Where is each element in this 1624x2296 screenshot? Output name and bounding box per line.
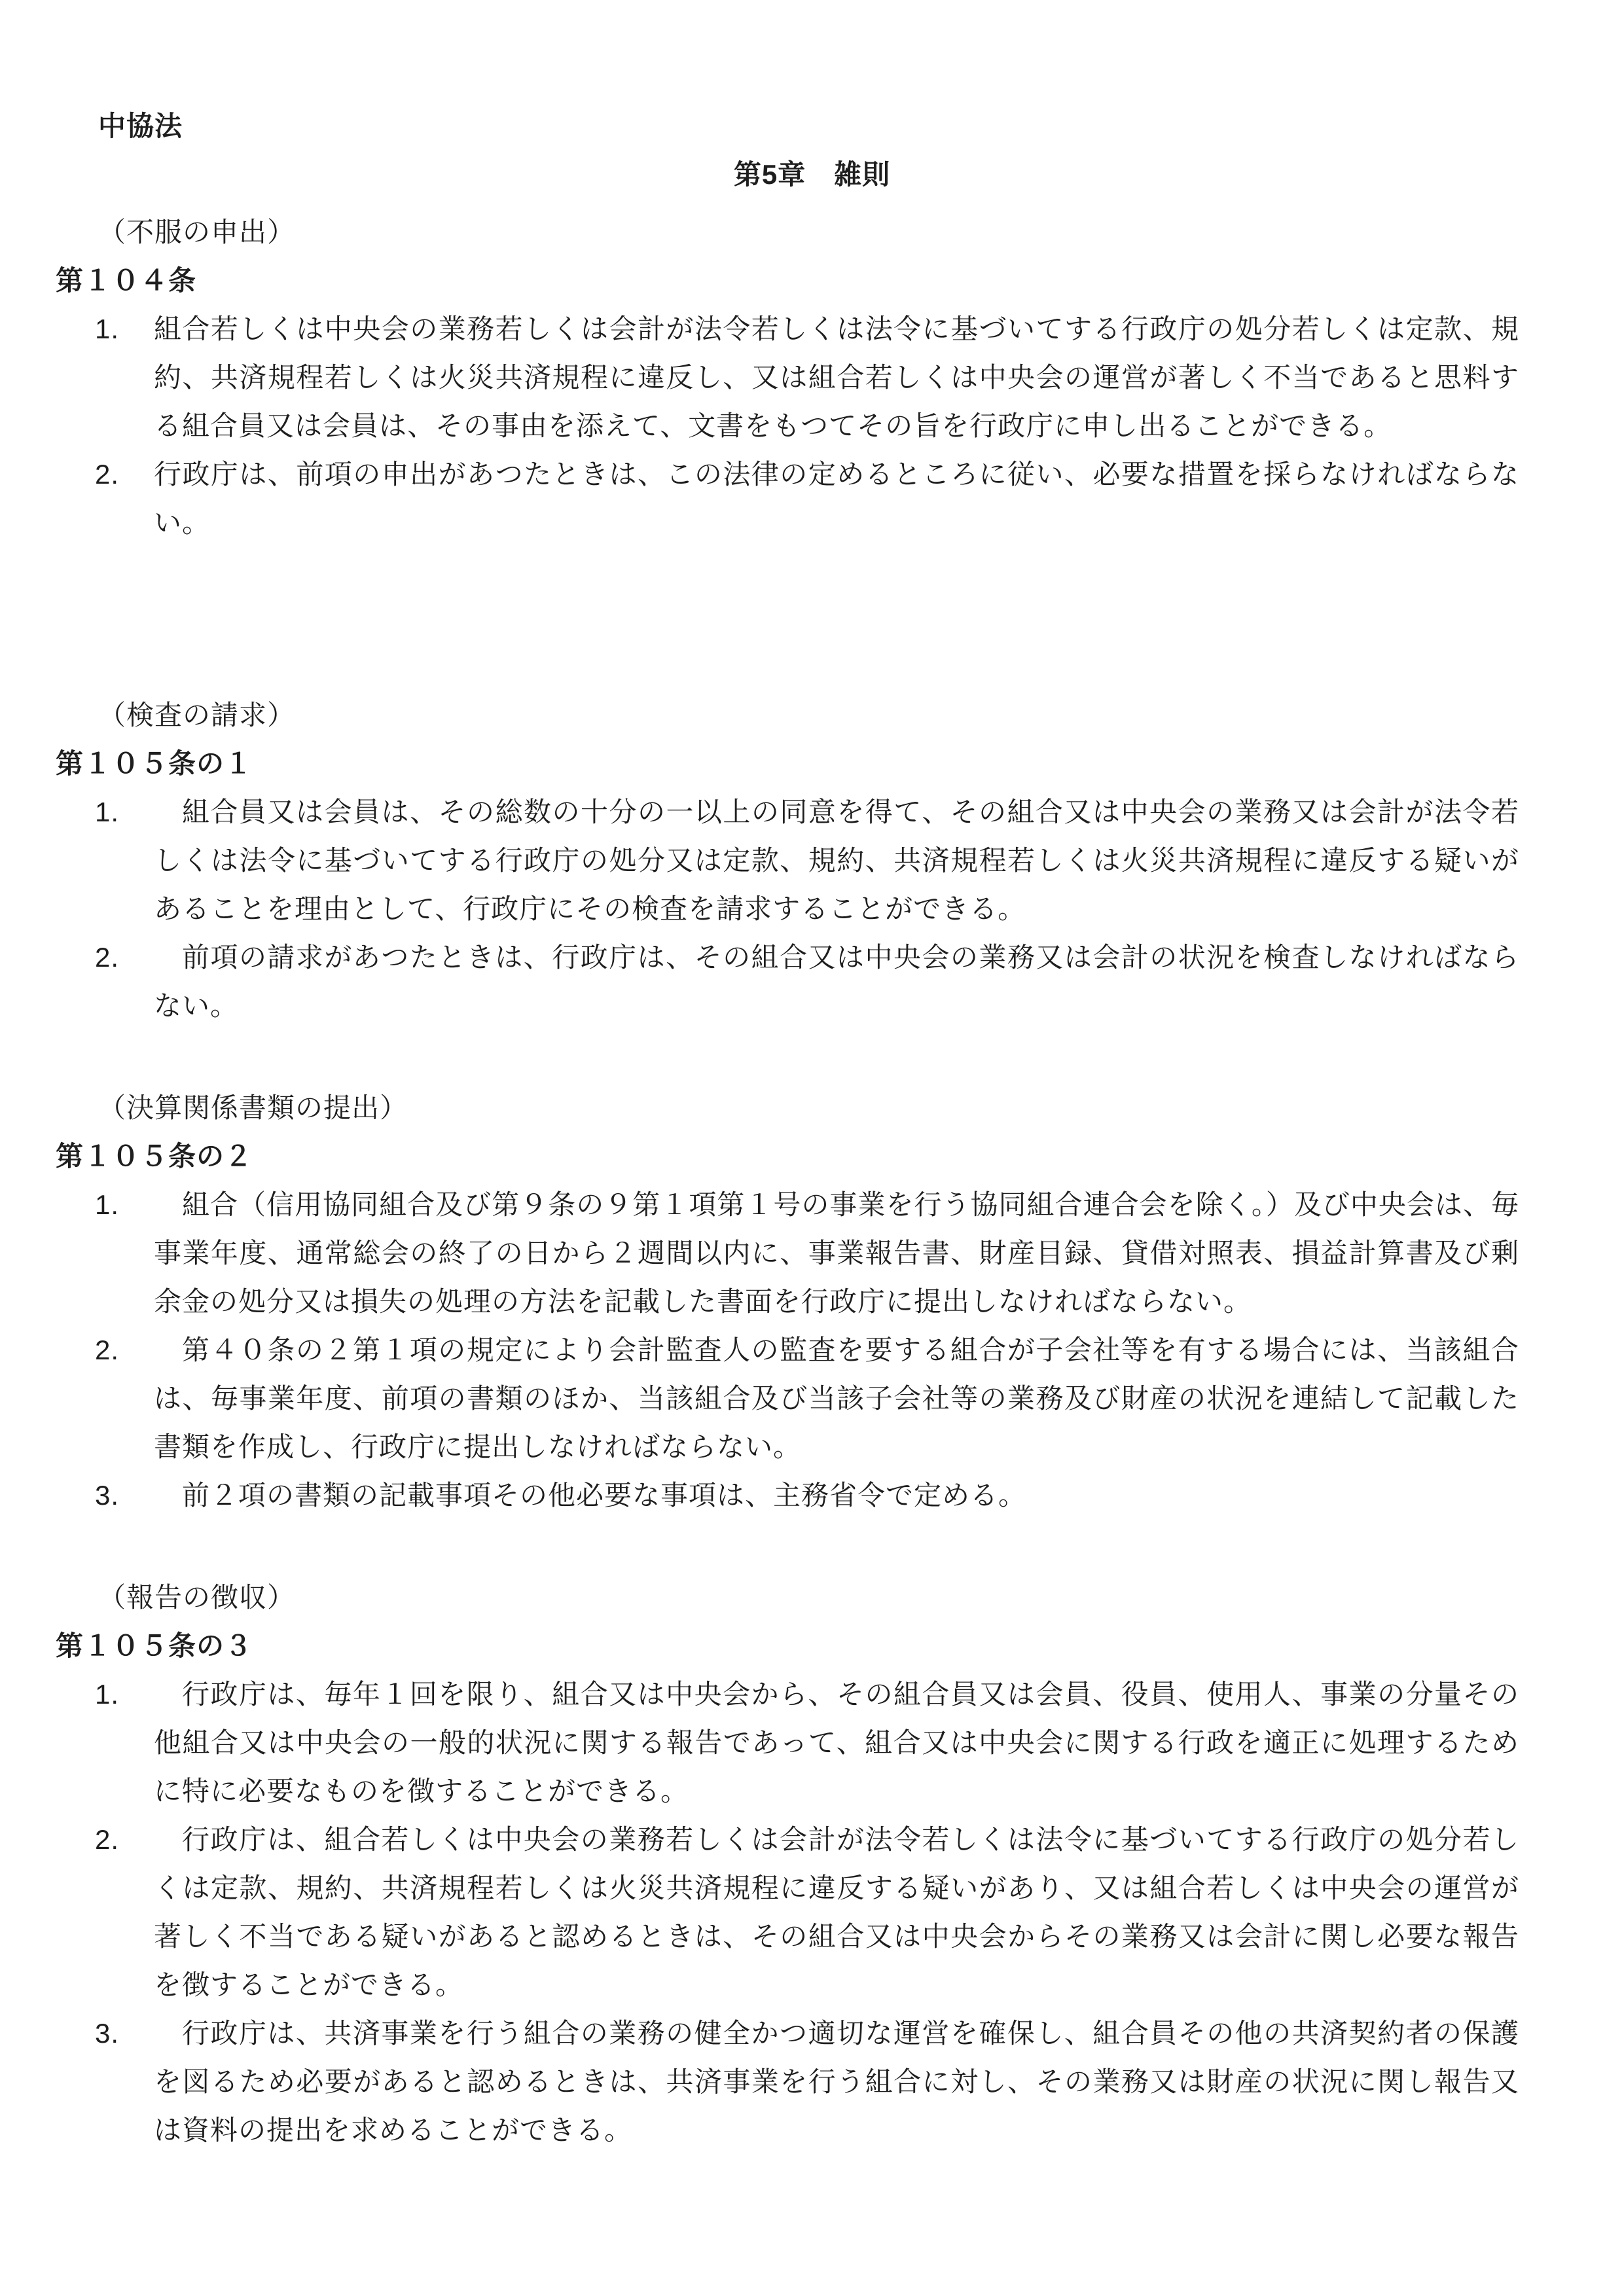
section-article-105-3: （報告の徴収） 第１０５条の３ 1. 行政庁は、毎年１回を限り、組合又は中央会か… xyxy=(0,1573,1624,2155)
item-text: 組合若しくは中央会の業務若しくは会計が法令若しくは法令に基づいてする行政庁の処分… xyxy=(154,305,1519,450)
doc-title: 中協法 xyxy=(98,102,1624,151)
item-text: 前項の請求があつたときは、行政庁は、その組合又は中央会の業務又は会計の状況を検査… xyxy=(154,933,1519,1030)
section-article-105-1: （検査の請求） 第１０５条の１ 1. 組合員又は会員は、その総数の十分の一以上の… xyxy=(0,691,1624,1030)
item-number: 3. xyxy=(95,1471,119,1520)
item-number: 1. xyxy=(95,1670,119,1719)
section-label: （不服の申出） xyxy=(98,208,1624,257)
item-number: 1. xyxy=(95,788,119,836)
item-number: 1. xyxy=(95,1181,119,1229)
section-label: （検査の請求） xyxy=(98,691,1624,740)
article-number: 第１０５条の３ xyxy=(56,1622,1624,1670)
item-number: 3. xyxy=(95,2009,119,2058)
article-item: 2. 行政庁は、組合若しくは中央会の業務若しくは会計が法令若しくは法令に基づいて… xyxy=(56,1816,1519,2009)
section-label: （決算関係書類の提出） xyxy=(98,1084,1624,1132)
item-text: 第４０条の２第１項の規定により会計監査人の監査を要する組合が子会社等を有する場合… xyxy=(154,1326,1519,1471)
article-item: 2. 前項の請求があつたときは、行政庁は、その組合又は中央会の業務又は会計の状況… xyxy=(56,933,1519,1030)
item-number: 2. xyxy=(95,933,119,982)
article-item: 2. 行政庁は、前項の申出があつたときは、この法律の定めるところに従い、必要な措… xyxy=(56,450,1519,547)
article-item: 1. 組合（信用協同組合及び第９条の９第１項第１号の事業を行う協同組合連合会を除… xyxy=(56,1181,1519,1326)
section-article-105-2: （決算関係書類の提出） 第１０５条の２ 1. 組合（信用協同組合及び第９条の９第… xyxy=(0,1084,1624,1520)
item-text: 行政庁は、共済事業を行う組合の業務の健全かつ適切な運営を確保し、組合員その他の共… xyxy=(154,2009,1519,2155)
item-text: 行政庁は、前項の申出があつたときは、この法律の定めるところに従い、必要な措置を採… xyxy=(154,450,1519,547)
section-label: （報告の徴収） xyxy=(98,1573,1624,1622)
item-text: 行政庁は、組合若しくは中央会の業務若しくは会計が法令若しくは法令に基づいてする行… xyxy=(154,1816,1519,2009)
article-item: 3. 行政庁は、共済事業を行う組合の業務の健全かつ適切な運営を確保し、組合員その… xyxy=(56,2009,1519,2155)
article-number: 第１０４条 xyxy=(56,257,1624,305)
article-item: 3. 前２項の書類の記載事項その他必要な事項は、主務省令で定める。 xyxy=(56,1471,1519,1520)
item-number: 2. xyxy=(95,1326,119,1374)
item-number: 1. xyxy=(95,305,119,353)
item-number: 2. xyxy=(95,450,119,499)
article-item: 1. 組合若しくは中央会の業務若しくは会計が法令若しくは法令に基づいてする行政庁… xyxy=(56,305,1519,450)
item-text: 組合（信用協同組合及び第９条の９第１項第１号の事業を行う協同組合連合会を除く。）… xyxy=(154,1181,1519,1326)
article-item: 1. 行政庁は、毎年１回を限り、組合又は中央会から、その組合員又は会員、役員、使… xyxy=(56,1670,1519,1816)
section-article-104: （不服の申出） 第１０４条 1. 組合若しくは中央会の業務若しくは会計が法令若し… xyxy=(0,208,1624,547)
item-text: 前２項の書類の記載事項その他必要な事項は、主務省令で定める。 xyxy=(154,1471,1519,1520)
item-text: 行政庁は、毎年１回を限り、組合又は中央会から、その組合員又は会員、役員、使用人、… xyxy=(154,1670,1519,1816)
item-text: 組合員又は会員は、その総数の十分の一以上の同意を得て、その組合又は中央会の業務又… xyxy=(154,788,1519,933)
article-number: 第１０５条の２ xyxy=(56,1132,1624,1181)
document-page: 中協法 第5章 雑則 （不服の申出） 第１０４条 1. 組合若しくは中央会の業務… xyxy=(0,0,1624,2296)
article-number: 第１０５条の１ xyxy=(56,740,1624,788)
item-number: 2. xyxy=(95,1816,119,1864)
article-item: 2. 第４０条の２第１項の規定により会計監査人の監査を要する組合が子会社等を有す… xyxy=(56,1326,1519,1471)
chapter-heading: 第5章 雑則 xyxy=(0,151,1624,199)
article-item: 1. 組合員又は会員は、その総数の十分の一以上の同意を得て、その組合又は中央会の… xyxy=(56,788,1519,933)
